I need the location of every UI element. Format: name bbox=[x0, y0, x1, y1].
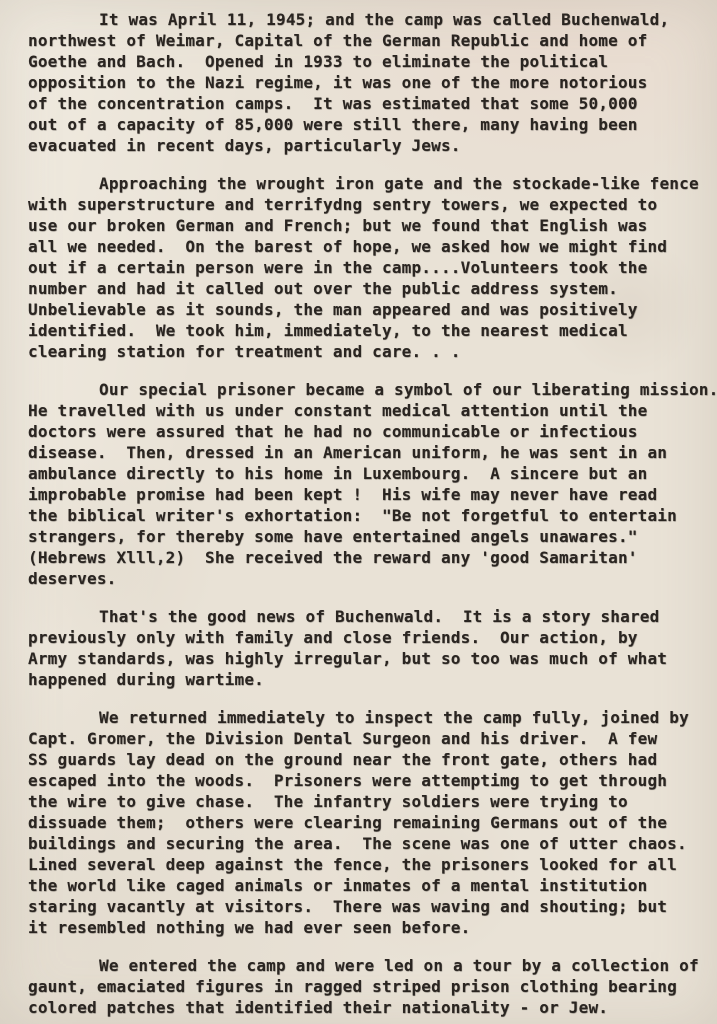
paragraph-special-prisoner: Our special prisoner became a symbol of … bbox=[28, 379, 707, 589]
document-page: It was April 11, 1945; and the camp was … bbox=[0, 0, 717, 1024]
paragraph-camp-inspection: We returned immediately to inspect the c… bbox=[28, 707, 707, 938]
paragraph-good-news: That's the good news of Buchenwald. It i… bbox=[28, 606, 707, 690]
paragraph-approaching-gate: Approaching the wrought iron gate and th… bbox=[28, 173, 707, 362]
paragraph-camp-tour: We entered the camp and were led on a to… bbox=[28, 955, 707, 1018]
paragraph-buchenwald-intro: It was April 11, 1945; and the camp was … bbox=[28, 9, 707, 156]
